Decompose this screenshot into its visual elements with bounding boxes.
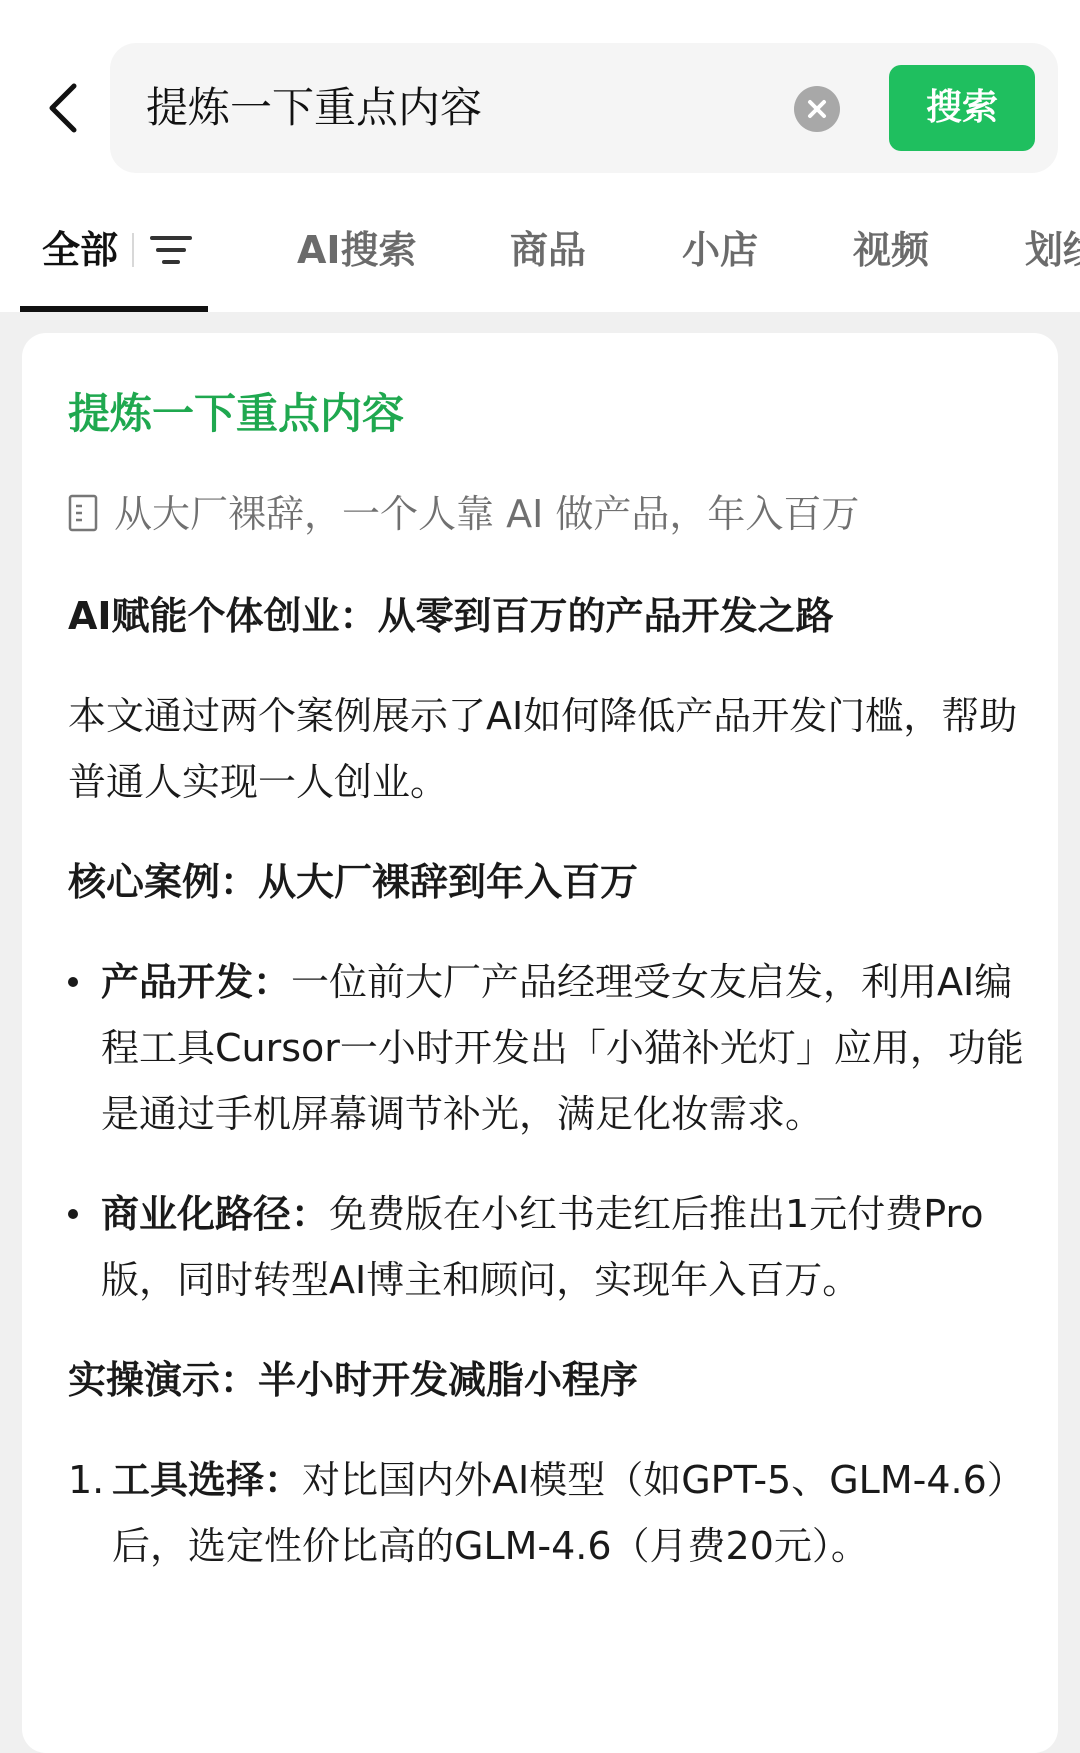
bullet-item: 产品开发：一位前大厂产品经理受女友启发，利用AI编程工具Cursor一小时开发出… [68,949,1028,1147]
card-title: 提炼一下重点内容 [68,381,404,441]
summary-body: AI赋能个体创业：从零到百万的产品开发之路 本文通过两个案例展示了AI如何降低产… [68,583,1028,1579]
tab-products[interactable]: 商品 [510,215,586,285]
search-header: 提炼一下重点内容 搜索 全部 AI搜索 商品 小店 视频 划线 [0,0,1080,312]
source-title[interactable]: 从大厂裸辞，一个人靠 AI 做产品，年入百万 [114,492,859,536]
bullet-item: 商业化路径：免费版在小红书走红后推出1元付费Pro版，同时转型AI博主和顾问，实… [68,1181,1028,1313]
back-button[interactable] [40,78,90,138]
source-article[interactable]: 从大厂裸辞，一个人靠 AI 做产品，年入百万 [68,483,859,538]
section-heading-cases: 核心案例：从大厂裸辞到年入百万 [68,849,1028,915]
summary-intro: 本文通过两个案例展示了AI如何降低产品开发门槛，帮助普通人实现一人创业。 [68,683,1028,815]
bullet-dot [68,1209,78,1219]
numbered-item: 1. 工具选择：对比国内外AI模型（如GPT-5、GLM-4.6）后，选定性价比… [68,1447,1028,1579]
bullet-label: 产品开发 [101,960,253,1004]
bullet-label: 商业化路径 [101,1192,291,1236]
tab-shops[interactable]: 小店 [682,215,758,285]
tab-ai-search[interactable]: AI搜索 [297,215,417,285]
tab-divider [132,233,134,267]
chevron-left-icon [40,78,90,138]
tab-all[interactable]: 全部 [42,215,118,285]
search-input[interactable]: 提炼一下重点内容 搜索 [110,43,1058,173]
bullet-sep: ： [253,960,291,1004]
bullet-sep: ： [291,1192,329,1236]
bullet-dot [68,977,78,987]
filter-button[interactable] [150,233,192,267]
clear-button[interactable] [794,86,840,132]
tab-highlights[interactable]: 划线 [1025,215,1080,285]
summary-heading: AI赋能个体创业：从零到百万的产品开发之路 [68,583,1028,649]
step-sep: ： [264,1458,302,1502]
search-button[interactable]: 搜索 [889,65,1035,151]
tab-videos[interactable]: 视频 [853,215,929,285]
close-icon [807,99,827,119]
active-tab-indicator [20,306,208,312]
document-icon [68,494,98,532]
search-query[interactable]: 提炼一下重点内容 [146,43,482,173]
section-heading-demo: 实操演示：半小时开发减脂小程序 [68,1347,1028,1413]
tab-bar: 全部 AI搜索 商品 小店 视频 划线 [0,215,1080,285]
filter-icon [150,233,192,267]
ai-summary-card: 提炼一下重点内容 从大厂裸辞，一个人靠 AI 做产品，年入百万 AI赋能个体创业… [22,333,1058,1740]
step-label: 工具选择 [112,1458,264,1502]
step-number: 1. [68,1447,104,1513]
